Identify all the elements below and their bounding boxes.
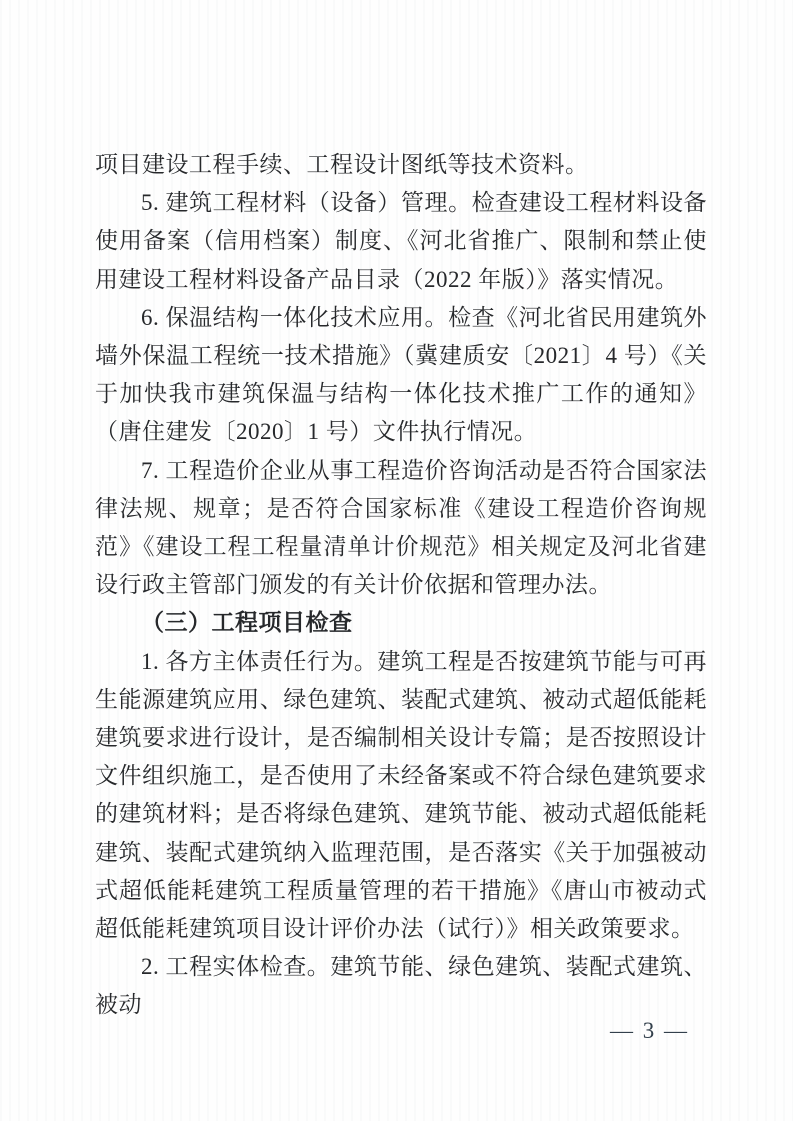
document-page: 项目建设工程手续、工程设计图纸等技术资料。 5. 建筑工程材料（设备）管理。检查… xyxy=(0,0,793,1121)
paragraph-item-2: 2. 工程实体检查。建筑节能、绿色建筑、装配式建筑、被动 xyxy=(95,948,707,1024)
paragraph-item-6: 6. 保温结构一体化技术应用。检查《河北省民用建筑外墙外保温工程统一技术措施》（… xyxy=(95,299,707,452)
document-body: 项目建设工程手续、工程设计图纸等技术资料。 5. 建筑工程材料（设备）管理。检查… xyxy=(95,146,707,1025)
section-heading-project-inspection: （三）工程项目检查 xyxy=(95,604,707,642)
paragraph-item-1: 1. 各方主体责任行为。建筑工程是否按建筑节能与可再生能源建筑应用、绿色建筑、装… xyxy=(95,643,707,949)
page-number: — 3 — xyxy=(610,1018,689,1044)
paragraph-item-5: 5. 建筑工程材料（设备）管理。检查建设工程材料设备使用备案（信用档案）制度、《… xyxy=(95,184,707,299)
paragraph-continuation: 项目建设工程手续、工程设计图纸等技术资料。 xyxy=(95,146,707,184)
paragraph-item-7: 7. 工程造价企业从事工程造价咨询活动是否符合国家法律法规、规章；是否符合国家标… xyxy=(95,452,707,605)
